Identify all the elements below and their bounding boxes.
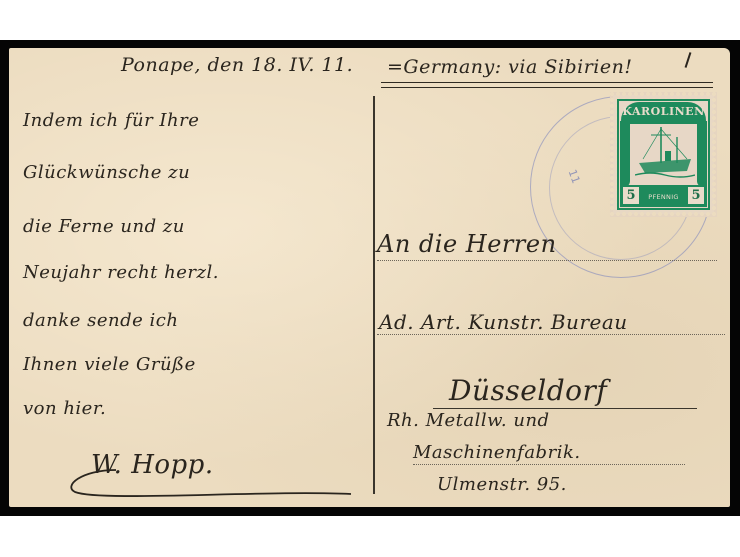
stamp-value-bar: 5 PFENNIG 5 [620, 185, 707, 207]
stamp-side-ornament [697, 121, 707, 187]
address-dotted-line [377, 260, 717, 261]
stamp-frame: KAROLINEN 5 PFENNIG 5 [617, 99, 710, 210]
exclamation-stroke [685, 52, 692, 68]
address-line: Ad. Art. Kunstr. Bureau [379, 310, 628, 334]
routing-note: =Germany: via Sibirien! [387, 56, 632, 78]
message-line: von hier. [23, 398, 106, 419]
address-dotted-line [413, 464, 685, 465]
ship-icon [635, 125, 695, 181]
stamp-value-right: 5 [688, 187, 704, 204]
stamp-side-ornament [620, 121, 630, 187]
stamp-value-left: 5 [623, 187, 639, 204]
address-line: An die Herren [377, 230, 557, 258]
place-date-line: Ponape, den 18. IV. 11. [121, 54, 353, 76]
address-dotted-line [377, 334, 725, 335]
routing-note-underline [381, 82, 713, 88]
stamp-denomination: PFENNIG [642, 193, 685, 201]
card-divider-line [373, 96, 375, 494]
postcard: Ponape, den 18. IV. 11. =Germany: via Si… [9, 48, 730, 507]
stamp-country: KAROLINEN [619, 105, 708, 118]
address-detail-line: Maschinenfabrik. [413, 442, 581, 463]
message-line: Indem ich für Ihre [23, 110, 199, 131]
address-detail-line: Ulmenstr. 95. [437, 474, 567, 495]
signature: W. Hopp. [91, 450, 214, 480]
address-detail-line: Rh. Metallw. und [387, 410, 550, 431]
message-line: danke sende ich [23, 310, 178, 331]
message-line: die Ferne und zu [23, 216, 185, 237]
message-line: Glückwünsche zu [23, 162, 190, 183]
message-line: Ihnen viele Grüße [23, 354, 196, 375]
message-line: Neujahr recht herzl. [23, 262, 219, 283]
postage-stamp: KAROLINEN 5 PFENNIG 5 [613, 95, 714, 214]
address-city: Düsseldorf [449, 374, 607, 407]
city-underline [433, 408, 697, 409]
